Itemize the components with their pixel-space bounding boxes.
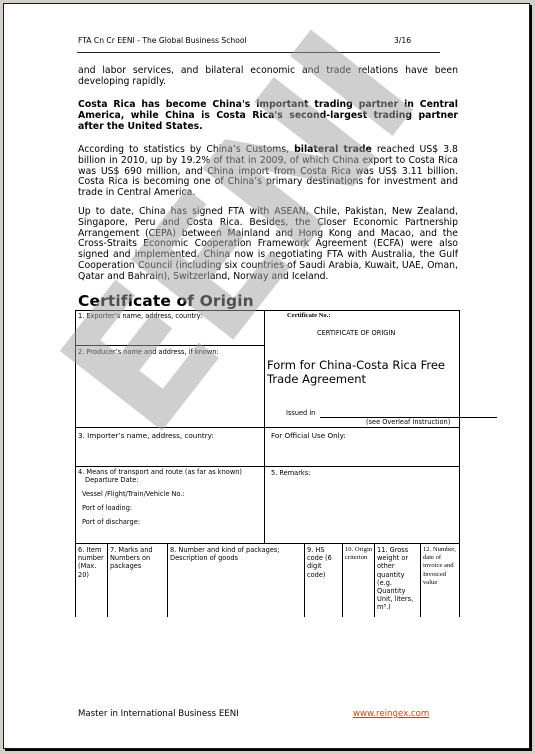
table-border (75, 543, 460, 544)
column-header-packages: 8. Number and kind of packages; Descript… (170, 546, 300, 562)
issued-in-label: Issued in (286, 409, 315, 417)
column-header-marks: 7. Marks and Numbers on packages (110, 546, 166, 571)
document-page: FTA Cn Cr EENI - The Global Business Sch… (3, 3, 530, 749)
column-header-invoice: 12. Number, date of invoice and Invoiced… (423, 546, 459, 587)
paragraph-intro: and labor services, and bilateral econom… (78, 66, 458, 88)
page-number: 3/16 (394, 36, 411, 45)
footer-website-link[interactable]: www.reingex.com (353, 709, 429, 719)
paragraph-bilateral-trade: According to statistics by China’s Custo… (78, 145, 458, 199)
official-use-label: For Official Use Only: (271, 431, 346, 440)
table-border (304, 543, 305, 617)
bilateral-trade-emphasis: bilateral trade (294, 144, 372, 155)
paragraph-fta-list: Up to date, China has signed FTA with AS… (78, 207, 458, 283)
paragraph-trading-partner: Costa Rica has become China's important … (78, 100, 458, 132)
departure-date-label: Departure Date: (85, 476, 139, 484)
table-border (75, 310, 460, 311)
footer-program: Master in International Business EENI (78, 709, 239, 719)
text-run: According to statistics by China’s Custo… (78, 144, 294, 155)
field-transport-label: 4. Means of transport and route (as far … (78, 468, 242, 476)
overleaf-instruction-note: (see Overleaf Instruction) (366, 418, 450, 426)
section-heading: Certificate of Origin (78, 292, 254, 310)
field-exporter-label: 1. Exporter’s name, address, country: (78, 312, 202, 320)
table-border (167, 543, 168, 617)
column-header-gross-weight: 11. Gross weight or other quantity (e.g.… (377, 546, 421, 612)
form-title: Form for China-Costa Rica Free Trade Agr… (267, 358, 467, 386)
certificate-title: CERTIFICATE OF ORIGIN (317, 329, 395, 337)
table-border (75, 427, 460, 428)
field-importer-label: 3. Importer’s name, address, country: (78, 431, 214, 440)
table-border (459, 310, 460, 617)
column-header-hs-code: 9. HS code (6 digit code) (307, 546, 341, 579)
column-header-item-number: 6. Item number (Max. 20) (78, 546, 108, 579)
field-producer-label: 2. Producer’s name and address, if known… (78, 348, 219, 356)
page-header-title: FTA Cn Cr EENI - The Global Business Sch… (78, 36, 247, 45)
table-border (75, 466, 460, 467)
port-discharge-label: Port of discharge: (82, 518, 140, 526)
certificate-number-label: Certificate No.: (287, 312, 331, 320)
table-border (342, 543, 343, 617)
vessel-label: Vessel /Flight/Train/Vehicle No.: (82, 490, 185, 498)
port-loading-label: Port of loading: (82, 504, 132, 512)
remarks-label: 5. Remarks: (271, 469, 310, 477)
header-divider (77, 52, 440, 53)
column-header-origin-criterion: 10. Origin criterion (345, 546, 375, 562)
table-border (75, 345, 264, 346)
table-border (75, 310, 76, 617)
